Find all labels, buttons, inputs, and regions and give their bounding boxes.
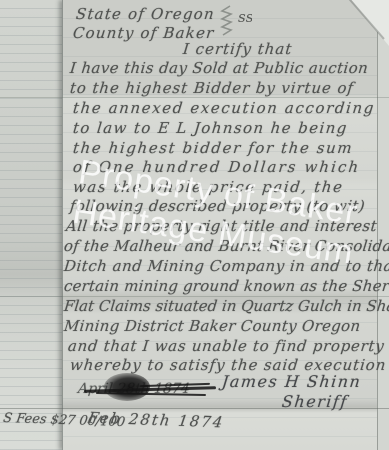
body-line: Mining District Baker County Oregon (63, 317, 361, 335)
state-line: State of Oregon (75, 5, 216, 23)
body-line: certain mining ground known as the Sherw… (63, 277, 389, 295)
fold-crease (0, 97, 389, 98)
body-line: I have this day Sold at Public auction (69, 59, 369, 77)
body-line: the highest bidder for the sum (72, 139, 354, 157)
signature-title: Sheriff (281, 392, 349, 411)
body-line: following described property (to wit) (69, 197, 366, 215)
body-line: of One hundred Dollars which (72, 158, 361, 176)
page-right-edge (377, 0, 389, 450)
body-line: and that I was unable to find property (67, 337, 385, 355)
body-line: Flat Claims situated in Quartz Gulch in … (63, 297, 389, 315)
body-line: Ditch and Mining Company in and to that (63, 257, 389, 275)
body-line: to the highest Bidder by virtue of (69, 79, 355, 97)
underlying-page (0, 0, 66, 450)
signature-name: James H Shinn (221, 372, 362, 391)
body-line: All the property right title and interes… (65, 217, 378, 235)
body-line: was the whole price paid, the (72, 178, 345, 196)
body-line: the annexed execution according (72, 99, 376, 117)
svg-text:ss: ss (238, 8, 252, 26)
ss-bracket-mark: ss (218, 4, 252, 44)
certify-line: I certify that (182, 40, 293, 58)
body-line: to law to E L Johnson he being (72, 119, 349, 137)
body-line: of the Malheur and Burnt River Consolida… (63, 237, 389, 255)
scanned-document: State of Oregon County of Baker ss I cer… (0, 0, 389, 450)
